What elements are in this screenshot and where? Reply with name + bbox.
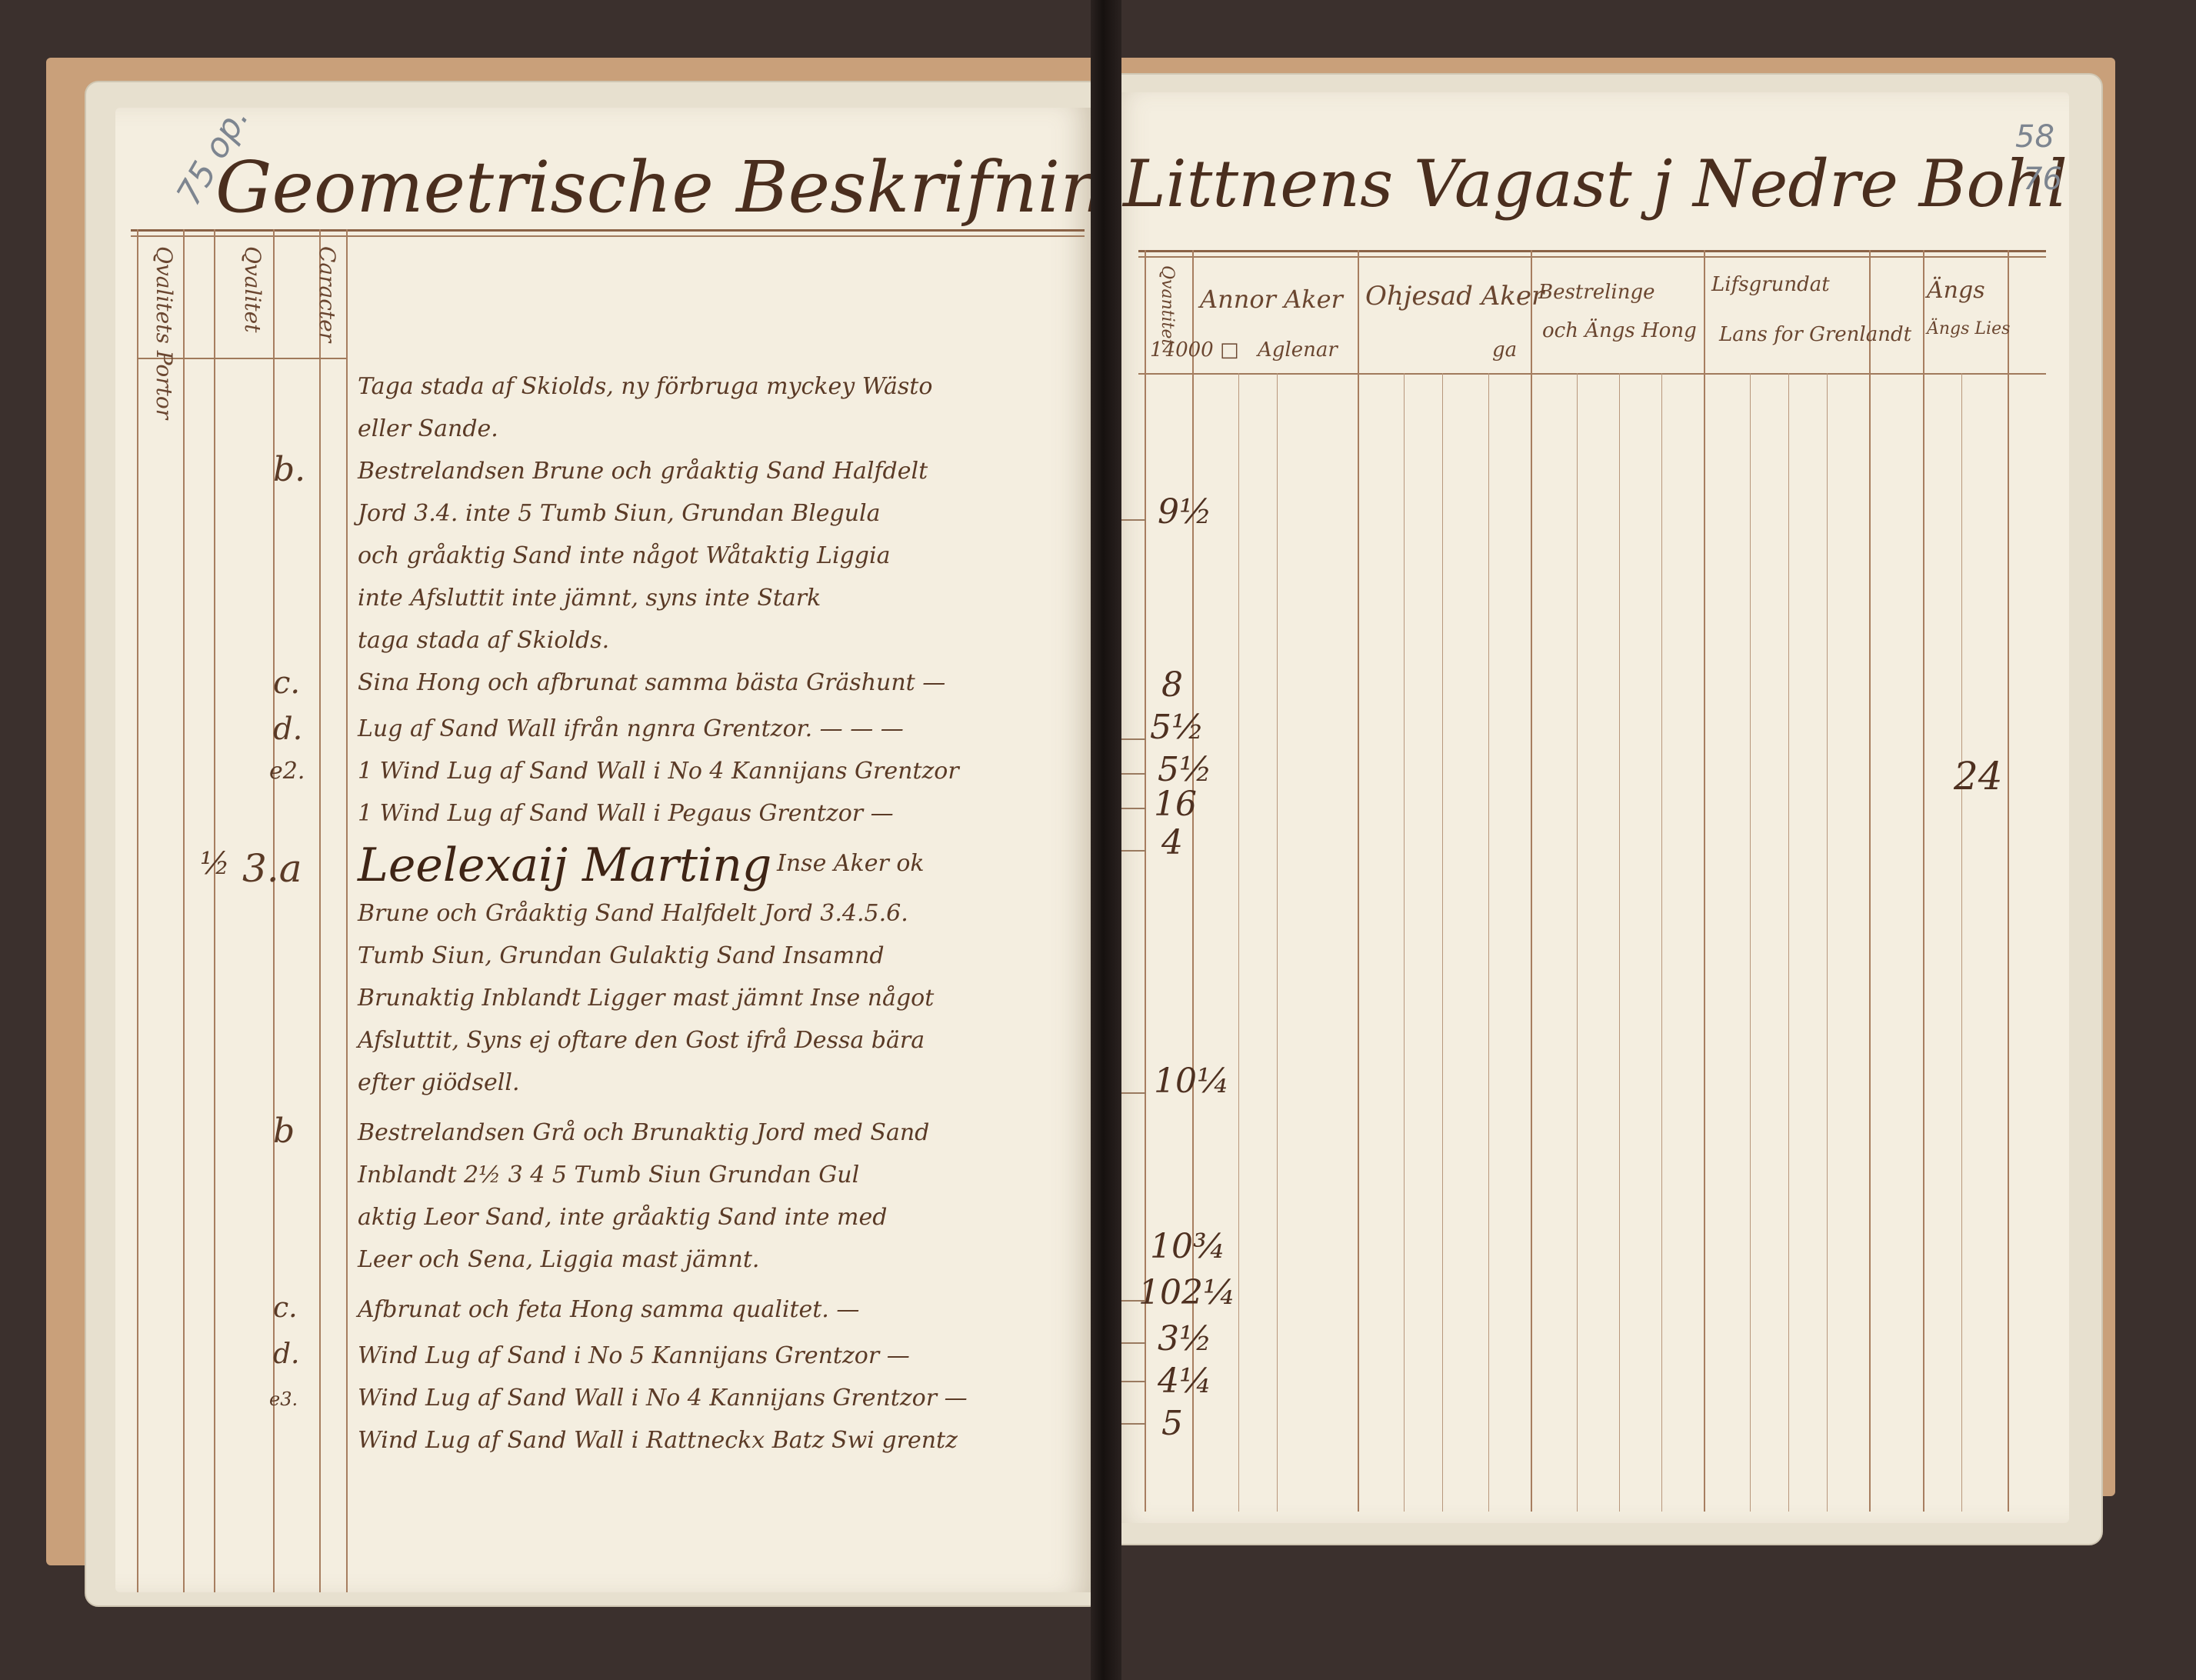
side-total: 24 [1954,754,2003,798]
entry-letter: 3.a [242,846,302,891]
col-header-bestrelinge: Bestrelinge [1538,281,1655,304]
sub-col-rule [1404,373,1405,1512]
entry-line: Leer och Sena, Liggia mast jämnt. [358,1246,759,1273]
entry-line: Brunaktig Inblandt Ligger mast jämnt Ins… [358,985,934,1012]
col-header-angs-hong: och Ängs Hong [1542,319,1697,342]
sub-col-rule [1442,373,1443,1512]
sub-col-rule [1788,373,1789,1512]
header-rule [1138,250,2046,252]
col-rule [183,229,185,1592]
value-cell: 102¼ [1138,1273,1236,1312]
value-cell: 4 [1161,823,1183,862]
col-header-area: 14000 □ [1150,338,1239,362]
sub-col-rule [1661,373,1662,1512]
col-header-caracter: Caracter [315,246,340,342]
entry-line: Tumb Siun, Grundan Gulaktig Sand Insamnd [358,942,885,969]
entry-letter: b. [273,450,305,489]
value-cell: 10¼ [1154,1062,1230,1101]
entry-line: inte Afsluttit inte jämnt, syns inte Sta… [358,585,821,612]
sub-col-rule [1277,373,1278,1512]
value-cell: 5 [1161,1404,1183,1443]
entry-line: Inse Aker ok [777,850,925,877]
col-header-lifsgrundat: Lifsgrundat [1711,273,1830,296]
col-header-aglenar: Aglenar [1258,338,1338,362]
entry-line: Afsluttit, Syns ej oftare den Gost ifrå … [358,1027,925,1054]
entry-line: Brune och Gråaktig Sand Halfdelt Jord 3.… [358,900,908,927]
sub-col-rule [1238,373,1239,1512]
col-rule [1145,250,1146,1512]
entry-line: Bestrelandsen Brune och gråaktig Sand Ha… [358,458,928,485]
entry-line: Afbrunat och feta Hong samma qualitet. — [358,1296,859,1323]
col-header-lans-grenlandt: Lans for Grenlandt [1719,323,1911,346]
entry-line: Wind Lug af Sand i No 5 Kannijans Grentz… [358,1342,910,1369]
sub-col-rule [1488,373,1489,1512]
sub-col-rule [1961,373,1962,1512]
sub-col-rule [1827,373,1828,1512]
entry-heading: Leelexaij Marting [358,838,771,892]
entry-line: efter giödsell. [358,1069,519,1096]
book-spine [1091,0,1121,1680]
value-cell: 4¼ [1158,1362,1212,1401]
header-rule-2 [1138,256,2046,258]
entry-line: Taga stada af Skiolds, ny förbruga mycke… [358,373,932,400]
col-header-ohjesad-aker: Ohjesad Aker [1365,281,1544,312]
entry-line: aktig Leor Sand, inte gråaktig Sand inte… [358,1204,887,1231]
col-rule [137,229,138,1592]
entry-line: Jord 3.4. inte 5 Tumb Siun, Grundan Bleg… [358,500,881,527]
entry-line: Bestrelandsen Grå och Brunaktig Jord med… [358,1119,929,1146]
value-cell: 3½ [1158,1319,1212,1358]
value-cell: 10¾ [1150,1227,1226,1266]
entry-line: Lug af Sand Wall ifrån ngnra Grentzor. —… [358,715,904,742]
col-rule [1531,250,1532,1512]
col-rule [1358,250,1359,1512]
col-rule [1704,250,1705,1512]
entry-letter: e2. [269,758,305,785]
entry-line: 1 Wind Lug af Sand Wall i No 4 Kannijans… [358,758,959,785]
value-cell: 9½ [1158,492,1212,532]
entry-letter: d. [273,712,302,747]
pencil-folio-bottom: 76 [2023,162,2062,197]
entry-letter: c. [273,665,300,701]
col-header-angs: Ängs [1927,277,1985,304]
entry-line: 1 Wind Lug af Sand Wall i Pegaus Grentzo… [358,800,894,827]
entry-line: Wind Lug af Sand Wall i No 4 Kannijans G… [358,1385,968,1412]
entry-mark: ½ [200,846,230,882]
col-header-annor-aker: Annor Aker [1200,285,1343,314]
value-cell: 16 [1154,785,1197,824]
entry-line: taga stada af Skiolds. [358,627,609,654]
col-header-ga: ga [1492,338,1517,362]
sub-col-rule [1577,373,1578,1512]
col-rule [214,229,215,1592]
value-cell: 5½ [1158,750,1212,789]
entry-letter: c. [273,1292,298,1324]
left-page: 75 op. Geometrische Beskrifning öfver Qv… [115,108,1092,1592]
pencil-folio-top: 58 [2015,119,2054,155]
col-header-qvalitet: Qvalitet [240,246,265,332]
col-header-qvalitets-portor: Qvalitets Portor [152,246,177,419]
entry-letter: b [273,1112,295,1151]
sub-col-rule [1750,373,1751,1512]
column-header-rule [1138,373,2046,375]
entry-letter: d. [273,1338,300,1370]
right-page: Littnens Vagast j Nedre Bohl. 58 76 Qvan… [1108,92,2069,1523]
entry-line: eller Sande. [358,415,498,442]
col-header-angs-lies: Ängs Lies [1927,319,2010,338]
col-rule [2008,250,2009,1512]
entry-line: och gråaktig Sand inte något Wåtaktig Li… [358,542,890,569]
value-cell: 5½ [1150,708,1205,747]
left-page-title: Geometrische Beskrifning öfver [215,146,1092,228]
col-rule [1923,250,1924,1512]
entry-letter: e3. [269,1388,298,1410]
entry-line: Sina Hong och afbrunat samma bästa Gräsh… [358,669,945,696]
right-page-title: Littnens Vagast j Nedre Bohl. [1123,146,2069,222]
entry-line: Inblandt 2½ 3 4 5 Tumb Siun Grundan Gul [358,1162,859,1188]
entry-line: Wind Lug af Sand Wall i Rattneckx Batz S… [358,1427,958,1454]
col-header-qvantitet: Qvantitet [1158,265,1177,345]
col-rule [319,229,321,1592]
value-cell: 8 [1161,665,1183,705]
col-rule [1869,250,1871,1512]
col-rule [346,229,348,1592]
sub-col-rule [1619,373,1620,1512]
